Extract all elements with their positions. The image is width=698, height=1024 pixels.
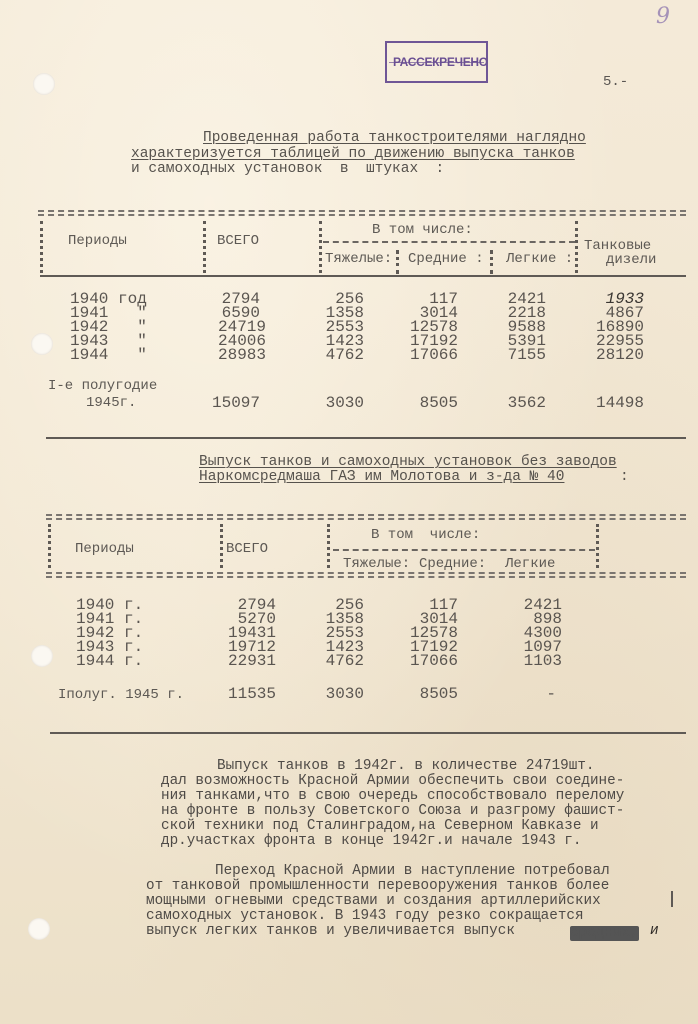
row-period-half: Iполуг. 1945 г. (58, 687, 184, 703)
table-bottom-rule (50, 732, 686, 734)
col-header-heavy: Тяжелые: (343, 556, 410, 572)
column-separator (575, 221, 581, 273)
intro-line-3: и самоходных установок в штуках : (131, 162, 444, 177)
column-separator (40, 221, 46, 273)
cell-diesel: 28120 (594, 348, 644, 363)
subtitle-2-line-1: Выпуск танков и самоходных установок без… (199, 455, 617, 470)
col-header-total: ВСЕГО (217, 233, 259, 249)
col-header-diesel-2: дизели (606, 252, 656, 268)
table-top-rule (46, 514, 686, 516)
cell-light: 7155 (500, 348, 546, 363)
table-top-rule (38, 214, 686, 216)
col-header-including: В том числе: (372, 222, 473, 238)
handwritten-insert: и (650, 924, 659, 939)
cell-total: 22931 (226, 654, 276, 669)
row-period: 1944 " (70, 348, 147, 363)
col-header-total: ВСЕГО (226, 541, 268, 557)
col-header-medium: Средние: (419, 556, 486, 572)
col-header-periods: Периоды (75, 541, 134, 557)
cell-medium: 17066 (410, 348, 458, 363)
subtitle-2-colon: : (620, 470, 629, 485)
paragraph-line: выпуск легких танков и увеличивается вып… (146, 924, 515, 939)
header-bottom-rule (46, 576, 686, 578)
paragraph-line: самоходных установок. В 1943 году резко … (146, 909, 584, 924)
column-separator (596, 524, 602, 568)
punch-hole (31, 333, 53, 355)
paragraph-line: др.участках фронта в конце 1942г.и начал… (161, 834, 581, 849)
punch-hole (28, 918, 50, 940)
paragraph-line: дал возможность Красной Армии обеспечить… (161, 774, 624, 789)
column-separator (327, 524, 333, 568)
paragraph-line: Переход Красной Армии в наступление потр… (215, 864, 610, 879)
document-page: 9 РАССЕКРЕЧЕНО 5.- Проведенная работа та… (0, 0, 698, 1024)
header-bottom-rule (40, 275, 686, 277)
punch-hole (33, 73, 55, 95)
cell-light: 1103 (516, 654, 562, 669)
subheader-rule (333, 549, 595, 551)
column-separator (490, 250, 496, 274)
row-period-half-2: 1945г. (86, 395, 136, 411)
cell-medium: 17066 (410, 654, 458, 669)
table-bottom-rule (46, 437, 686, 439)
intro-line-1: Проведенная работа танкостроителями нагл… (203, 131, 586, 146)
column-separator (48, 524, 54, 568)
cell-total: 15097 (212, 396, 260, 411)
subheader-rule (323, 241, 575, 243)
cell-light: 3562 (500, 396, 546, 411)
intro-line-2: характеризуется таблицей по движению вып… (131, 147, 575, 162)
column-separator (203, 221, 209, 273)
cell-heavy: 4762 (324, 348, 364, 363)
subtitle-2-line-2: Наркомсредмаша ГАЗ им Молотова и з-да № … (199, 470, 564, 485)
cell-heavy: 4762 (322, 654, 364, 669)
col-header-light: Легкие : (506, 251, 573, 267)
col-header-including: В том числе: (371, 527, 480, 543)
cell-medium: 8505 (410, 687, 458, 702)
cell-total: 11535 (226, 687, 276, 702)
declassified-stamp: РАССЕКРЕЧЕНО (385, 41, 488, 83)
stamp-text: РАССЕКРЕЧЕНО (393, 55, 488, 69)
cell-light: - (516, 687, 556, 702)
cell-diesel: 14498 (594, 396, 644, 411)
col-header-medium: Средние : (408, 251, 484, 267)
paragraph-line: мощными огневыми средствами и создания а… (146, 894, 601, 909)
row-period-half-1: I-е полугодие (48, 378, 157, 394)
row-period: 1944 г. (76, 654, 143, 669)
margin-mark (671, 891, 673, 907)
paragraph-line: на фронте в пользу Советского Союза и ра… (161, 804, 624, 819)
page-number: 5.- (603, 74, 628, 90)
paragraph-line: ской техники под Сталинградом,на Северно… (161, 819, 599, 834)
col-header-light: Легкие (505, 556, 555, 572)
punch-hole (31, 645, 53, 667)
col-header-heavy: Тяжелые: (325, 251, 392, 267)
handwritten-sheet-number: 9 (656, 4, 670, 29)
header-bottom-rule (46, 572, 686, 574)
table-top-rule (38, 210, 686, 212)
paragraph-line: ния танками,что в свою очередь способств… (161, 789, 624, 804)
cell-total: 28983 (218, 348, 260, 363)
struck-out-word: средних, (570, 926, 639, 941)
table-top-rule (46, 518, 686, 520)
cell-heavy: 3030 (322, 687, 364, 702)
paragraph-line: Выпуск танков в 1942г. в количестве 2471… (217, 759, 595, 774)
col-header-periods: Периоды (68, 233, 127, 249)
paragraph-line: от танковой промышленности перевооружени… (146, 879, 609, 894)
cell-medium: 8505 (410, 396, 458, 411)
cell-heavy: 3030 (324, 396, 364, 411)
column-separator (396, 250, 402, 274)
